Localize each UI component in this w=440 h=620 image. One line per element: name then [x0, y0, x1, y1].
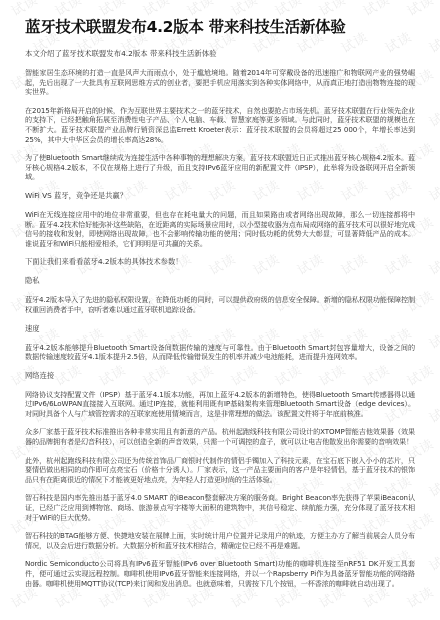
watermark-text: 试读 — [425, 322, 440, 352]
section-heading-privacy: 隐私 — [25, 276, 415, 286]
paragraph: 蓝牙4.2版本能够提升Bluetooth Smart设备间数据传输的速度与可靠性… — [25, 343, 415, 362]
watermark-text: 试读 — [425, 26, 440, 56]
paragraph: 蓝牙4.2版本导入了先进的隐私权限设置，在降低功耗的同时，可以提供政府级的信息安… — [25, 295, 415, 314]
section-heading-network: 网络连接 — [25, 371, 415, 381]
paragraph: 智能家居生态环境的打造一直是风声大而雨点小，处于尴尬境地。随着2014年可穿戴设… — [25, 68, 415, 97]
section-heading-wifi-vs-bluetooth: WiFi VS 蓝牙，竞争还是共赢？ — [25, 191, 415, 201]
watermark-text: 试读 — [425, 396, 440, 426]
watermark-text: 试读 — [425, 100, 440, 130]
paragraph: 智石科技是国内率先推出基于蓝牙4.0 SMART 的iBeacon整套解决方案的… — [25, 493, 415, 522]
section-heading-speed: 速度 — [25, 324, 415, 334]
document: 蓝牙技术联盟发布4.2版本 带来科技生活新体验 本文介绍了蓝牙技术联盟发布4.2… — [0, 0, 415, 588]
paragraph: Nordic Semiconducto公司将具有IPv6蓝牙智能(IPv6 ov… — [25, 559, 415, 588]
paragraph: 此外，杭州起跑线科技有限公司还为传统首饰品厂商银时代制作的情侣手镯加入了科技元素… — [25, 456, 415, 485]
paragraph: WiFi在无线连接应用中的地位非常重要，但也存在耗电量大的问题，而且如果路由或者… — [25, 210, 415, 248]
watermark-text: 试读 — [425, 470, 440, 500]
section-intro: 下面让我们来看看蓝牙4.2版本的具体技术参数！ — [25, 257, 415, 267]
watermark-text: 试读 — [425, 174, 440, 204]
paragraph: 为了使Bluetooth Smart继续成为连接生活中各种事物的理想解决方案，蓝… — [25, 153, 415, 182]
article-summary: 本文介绍了蓝牙技术联盟发布4.2版本 带来科技生活新体验 — [25, 49, 415, 59]
watermark-text: 试读 — [425, 544, 440, 574]
page-title: 蓝牙技术联盟发布4.2版本 带来科技生活新体验 — [25, 0, 415, 37]
watermark-text: 试读 — [425, 248, 440, 278]
paragraph: 在2015年新格局开启的时候，作为互联世界主要技术之一的蓝牙技术，自然也要抢占市… — [25, 106, 415, 144]
paragraph: 网络协议支持配置文件（IPSP）基于蓝牙4.1版本功能，再加上蓝牙4.2版本的新… — [25, 390, 415, 419]
article-body: 智能家居生态环境的打造一直是风声大而雨点小，处于尴尬境地。随着2014年可穿戴设… — [25, 68, 415, 588]
paragraph: 众多厂家基于蓝牙技术标准推出各种非常实用且有新意的产品。杭州起跑线科技有限公司设… — [25, 427, 415, 446]
paragraph: 智石科技的BTAG能够方便、快捷地安装在展牌上面，实时统计用户位置并记录用户的轨… — [25, 531, 415, 550]
